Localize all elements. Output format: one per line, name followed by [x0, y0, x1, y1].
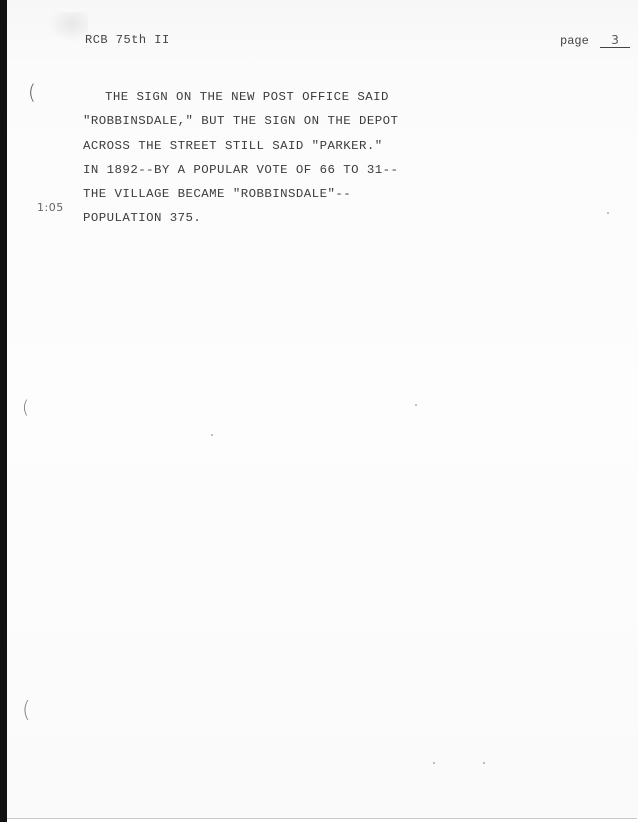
- paper-speck: [415, 404, 417, 406]
- page-number: 3: [600, 33, 630, 48]
- body-line: THE VILLAGE BECAME "ROBBINSDALE"--: [83, 182, 398, 206]
- typed-body-text: THE SIGN ON THE NEW POST OFFICE SAID "RO…: [83, 85, 398, 231]
- page-indicator: page 3: [560, 33, 630, 48]
- paper-speck: [483, 762, 485, 764]
- page-label: page: [560, 34, 589, 48]
- body-line: IN 1892--BY A POPULAR VOTE OF 66 TO 31--: [83, 158, 398, 182]
- margin-time-note: 1:05: [37, 201, 64, 214]
- body-line: "ROBBINSDALE," BUT THE SIGN ON THE DEPOT: [83, 109, 398, 133]
- paper-speck: [607, 212, 609, 214]
- body-line: POPULATION 375.: [83, 206, 398, 230]
- body-line: THE SIGN ON THE NEW POST OFFICE SAID: [83, 85, 398, 109]
- page-bottom-edge: [7, 818, 637, 819]
- corner-smudge: [48, 12, 88, 42]
- binding-strip: [0, 0, 7, 822]
- body-line: ACROSS THE STREET STILL SAID "PARKER.": [83, 134, 398, 158]
- margin-paren-mark: (: [28, 80, 36, 104]
- paper-speck: [433, 762, 435, 764]
- document-header-title: RCB 75th II: [85, 33, 170, 47]
- margin-paren-mark: (: [22, 698, 31, 723]
- paper-speck: [211, 434, 213, 436]
- margin-paren-mark: (: [22, 397, 29, 418]
